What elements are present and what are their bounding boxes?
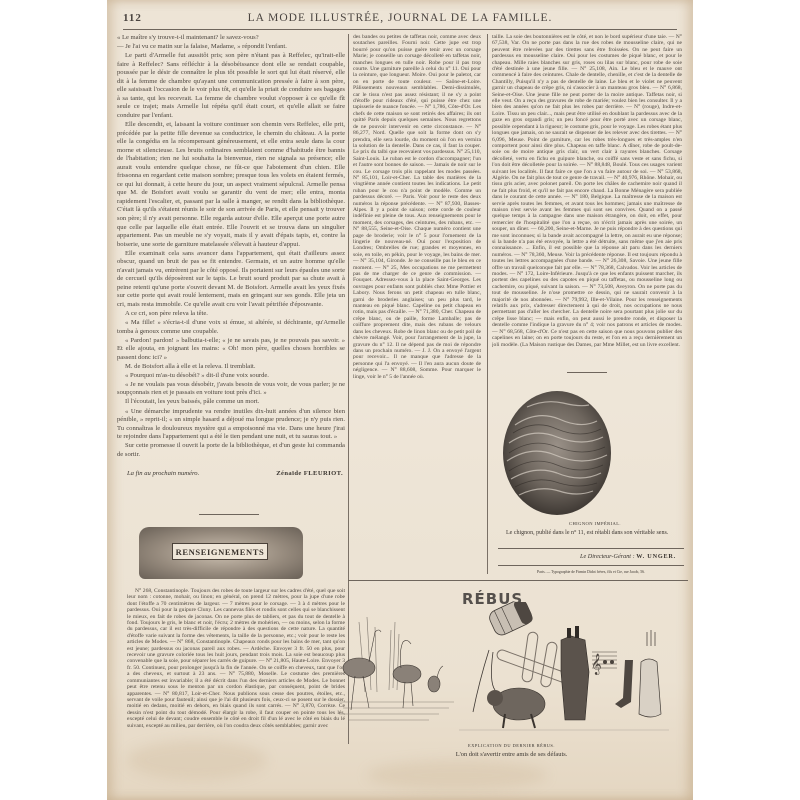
story-column: « Le maître s'y trouve-t-il maintenant? …: [117, 34, 345, 470]
section-rule: [498, 565, 684, 566]
story-paragraph: « Pardon! pardon! » balbutia-t-elle; « j…: [117, 337, 345, 363]
story-paragraph: Le parti d'Armelle fut aussitôt pris; so…: [117, 52, 345, 120]
story-paragraph: Elle examinait cela sans avancer dans l'…: [117, 250, 345, 310]
renseignements-text: des bandes ou petites de taffetas noir, …: [353, 34, 481, 380]
story-paragraph: « Je ne voulais pas vous désobéir, j'ava…: [117, 381, 345, 398]
story-paragraph: Il l'écoutait, les yeux baissés, pâle co…: [117, 398, 345, 407]
story-paragraph: Sur cette promesse il ouvrit la porte de…: [117, 442, 345, 459]
section-rule: [348, 580, 688, 581]
renseignements-banner: RENSEIGNEMENTS: [172, 543, 268, 560]
story-paragraph: Elle descendit, et, laissant la voiture …: [117, 121, 345, 249]
director-label: Le Directeur-Gérant :: [580, 553, 635, 560]
section-rule: [199, 514, 259, 515]
newspaper-page: 112 LA MODE ILLUSTRÉE, JOURNAL DE LA FAM…: [107, 0, 693, 800]
page-header: 112 LA MODE ILLUSTRÉE, JOURNAL DE LA FAM…: [119, 10, 681, 26]
story-paragraph: A ce cri, son père releva la tête.: [117, 310, 345, 319]
story-paragraph: M. de Boisfort alla à elle et la releva.…: [117, 363, 345, 372]
author-name: Zénaïde FLEURIOT.: [276, 470, 343, 477]
journal-title: LA MODE ILLUSTRÉE, JOURNAL DE LA FAMILLE…: [248, 12, 553, 24]
story-paragraph: « Une démarche imprudente va rendre inut…: [117, 408, 345, 442]
chignon-note: Le chignon, publié dans le n° 11, est ré…: [498, 530, 684, 537]
renseignements-column-2: des bandes ou petites de taffetas noir, …: [353, 34, 481, 576]
chignon-caption: CHIGNON IMPÉRIAL.: [505, 521, 685, 526]
chignon-illustration: [497, 385, 617, 525]
story-paragraph: — Je l'ai vu ce matin sur la falaise, Ma…: [117, 43, 345, 52]
section-rule: [567, 372, 607, 373]
renseignements-text: taille. La soie des boutonnières est le …: [492, 34, 682, 348]
header-rule: [123, 29, 677, 30]
director-credit: Le Directeur-Gérant : W. UNGER.: [498, 553, 684, 560]
rebus-caption-text: L'on doit s'avertir entre amis de ses dé…: [339, 751, 684, 758]
director-name: W. UNGER.: [636, 553, 676, 560]
renseignements-text: N° 268, Constantinople. Toujours des rob…: [127, 588, 345, 729]
page-number: 112: [123, 12, 142, 24]
rebus-illustration: 𝄞: [339, 602, 684, 737]
story-paragraph: « Le maître s'y trouve-t-il maintenant? …: [117, 34, 345, 43]
story-signature: La fin au prochain numéro. Zénaïde FLEUR…: [127, 470, 343, 477]
paper-stain: [367, 760, 547, 790]
rebus-caption-heading: EXPLICATION DU DERNIER RÉBUS.: [339, 743, 684, 748]
svg-text:𝄞: 𝄞: [591, 654, 602, 675]
renseignements-column-1: N° 268, Constantinople. Toujours des rob…: [127, 588, 345, 743]
banner-label: RENSEIGNEMENTS: [176, 547, 265, 557]
story-paragraph: « Ma fille! » s'écria-t-il d'une voix si…: [117, 319, 345, 336]
story-paragraph: « Pourquoi m'as-tu désobéi? » dit-il d'u…: [117, 372, 345, 381]
renseignements-column-3: taille. La soie des boutonnières est le …: [492, 34, 682, 364]
printer-imprint: Paris. — Typographie de Firmin Didot frè…: [498, 570, 684, 574]
paper-stain: [127, 740, 267, 780]
continuation-note: La fin au prochain numéro.: [127, 470, 199, 477]
section-rule: [498, 548, 684, 549]
column-divider: [487, 34, 488, 574]
